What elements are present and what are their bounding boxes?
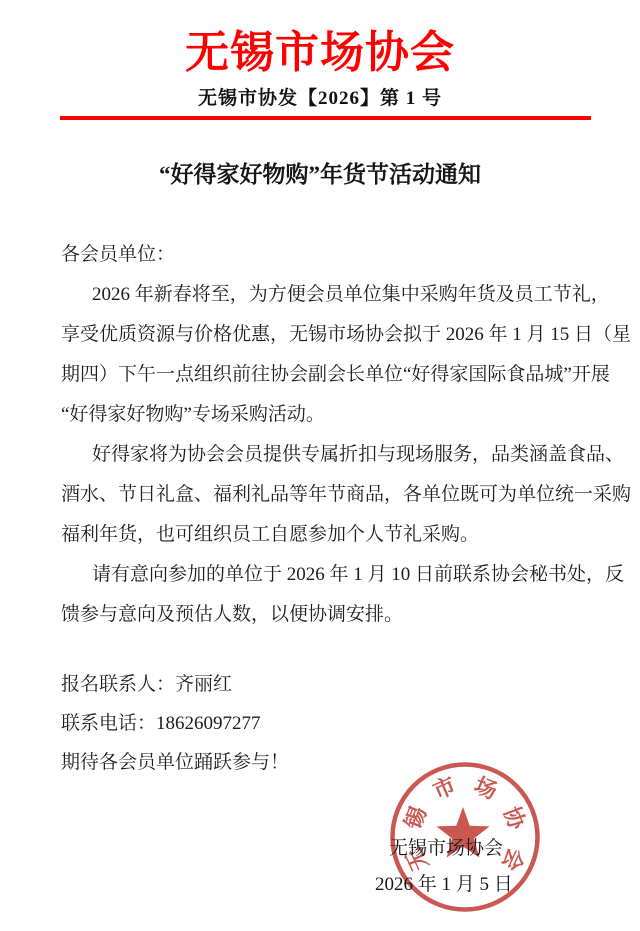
body-line: 2026 年新春将至，为方便会员单位集中采购年货及员工节礼， <box>61 275 592 315</box>
contact-person-line: 报名联系人：齐丽红 <box>61 665 481 704</box>
seal-char: 锡 <box>400 803 431 833</box>
body-line: 期四）下午一点组织前往协会副会长单位“好得家国际食品城”开展 <box>61 355 592 395</box>
seal-char: 协 <box>499 803 531 833</box>
red-divider <box>60 116 591 120</box>
seal-char: 市 <box>429 772 459 804</box>
document-page: 无锡市场协会 无锡市协发【2026】第 1 号 “好得家好物购”年货节活动通知 … <box>0 0 640 931</box>
salutation: 各会员单位： <box>61 235 592 275</box>
body-line: 福利年货，也可组织员工自愿参加个人节礼采购。 <box>61 515 592 555</box>
subject-title: “好得家好物购”年货节活动通知 <box>0 156 640 189</box>
body-line: 请有意向参加的单位于 2026 年 1 月 10 日前联系协会秘书处，反 <box>61 555 592 595</box>
body-line: 馈参与意向及预估人数，以便协调安排。 <box>61 595 592 635</box>
body-line: “好得家好物购”专场采购活动。 <box>61 395 592 435</box>
date-line: 2026 年 1 月 5 日 <box>375 869 513 896</box>
org-title: 无锡市场协会 <box>0 16 640 80</box>
body-line: 好得家将为协会会员提供专属折扣与现场服务，品类涵盖食品、 <box>61 435 592 475</box>
contact-phone-line: 联系电话：18626097277 <box>61 704 481 743</box>
body-line: 享受优质资源与价格优惠，无锡市场协会拟于 2026 年 1 月 15 日（星 <box>61 315 592 355</box>
signature-org-name: 无锡市场协会 <box>389 833 503 860</box>
letter-body: 各会员单位： 2026 年新春将至，为方便会员单位集中采购年货及员工节礼， 享受… <box>61 235 592 635</box>
seal-char: 场 <box>471 772 501 804</box>
body-line: 酒水、节日礼盒、福利礼品等年节商品，各单位既可为单位统一采购 <box>61 475 592 515</box>
doc-number: 无锡市协发【2026】第 1 号 <box>0 83 640 110</box>
